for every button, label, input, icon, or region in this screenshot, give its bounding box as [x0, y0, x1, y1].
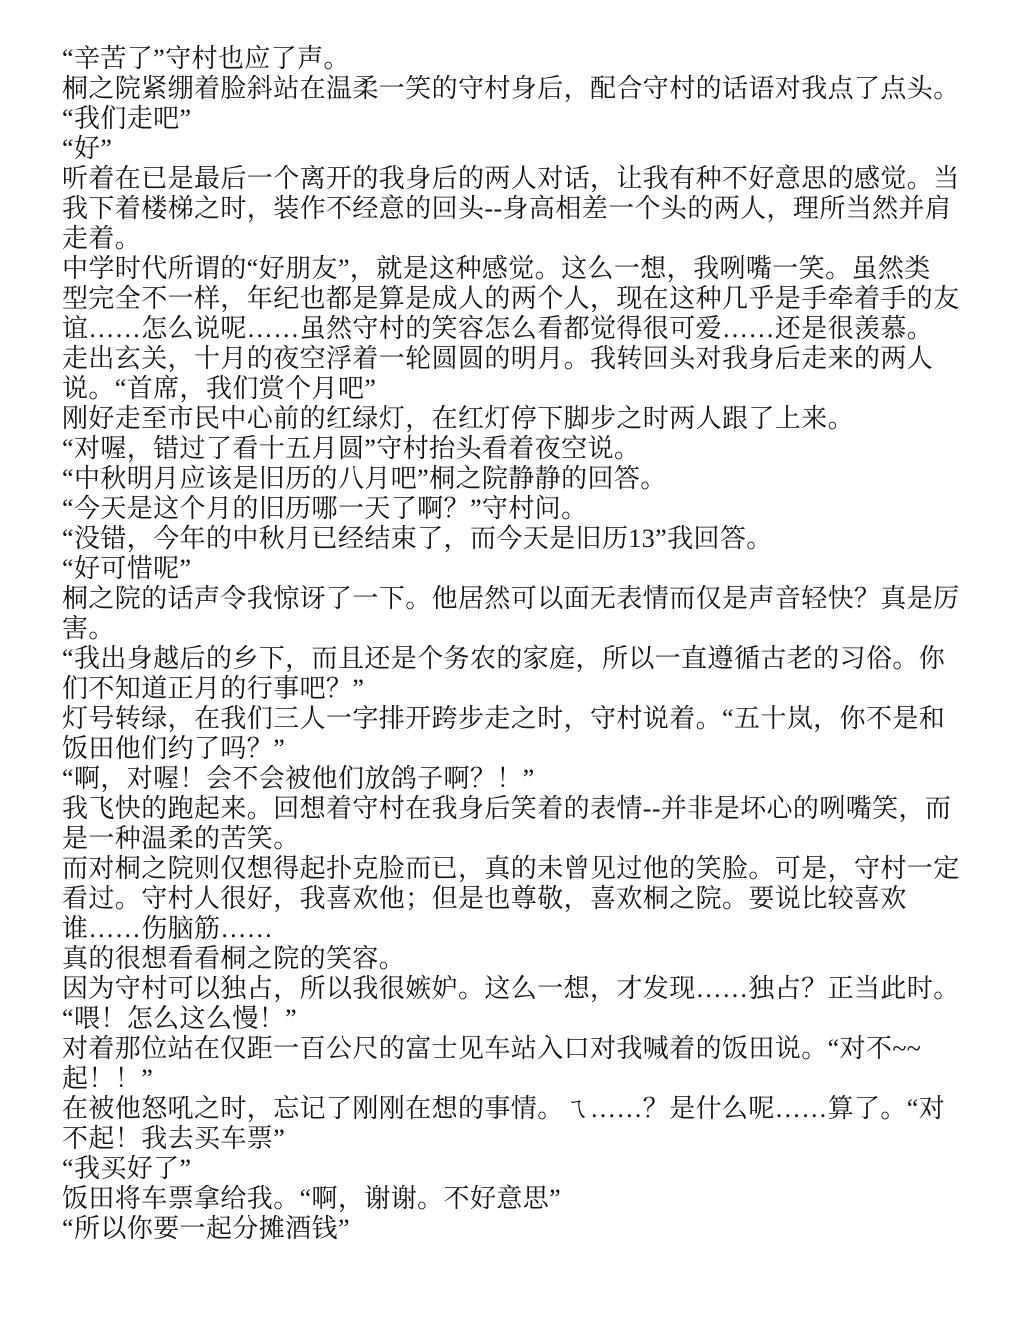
text-line: 刚好走至市民中心前的红绿灯，在红灯停下脚步之时两人跟了上来。	[62, 404, 1011, 434]
text-line: 谁……伤脑筋……	[62, 914, 1011, 944]
text-line: “好可惜呢”	[62, 554, 1011, 584]
text-line: 灯号转绿，在我们三人一字排开跨步走之时，守村说着。“五十岚，你不是和	[62, 704, 1011, 734]
text-line: 说。“首席，我们赏个月吧”	[62, 374, 1011, 404]
text-line: 桐之院紧绷着脸斜站在温柔一笑的守村身后，配合守村的话语对我点了点头。	[62, 74, 1011, 104]
text-line: 我飞快的跑起来。回想着守村在我身后笑着的表情--并非是坏心的咧嘴笑，而	[62, 794, 1011, 824]
text-line: “我们走吧”	[62, 104, 1011, 134]
text-line: 谊……怎么说呢……虽然守村的笑容怎么看都觉得很可爱……还是很羡慕。	[62, 314, 1011, 344]
text-line: 走出玄关，十月的夜空浮着一轮圆圆的明月。我转回头对我身后走来的两人	[62, 344, 1011, 374]
text-line: 桐之院的话声令我惊讶了一下。他居然可以面无表情而仅是声音轻快？真是厉	[62, 584, 1011, 614]
text-line: 我下着楼梯之时，装作不经意的回头--身高相差一个头的两人，理所当然并肩	[62, 194, 1011, 224]
text-line: “中秋明月应该是旧历的八月吧”桐之院静静的回答。	[62, 464, 1011, 494]
text-line: 对着那位站在仅距一百公尺的富士见车站入口对我喊着的饭田说。“对不~~	[62, 1034, 1011, 1064]
text-line: 听着在已是最后一个离开的我身后的两人对话，让我有种不好意思的感觉。当	[62, 164, 1011, 194]
text-line: 饭田将车票拿给我。“啊，谢谢。不好意思”	[62, 1184, 1011, 1214]
text-line: 在被他怒吼之时，忘记了刚刚在想的事情。ㄟ……？是什么呢……算了。“对	[62, 1094, 1011, 1124]
text-line: “没错，今年的中秋月已经结束了，而今天是旧历13”我回答。	[62, 524, 1011, 554]
text-line: 不起！我去买车票”	[62, 1124, 1011, 1154]
text-line: “辛苦了”守村也应了声。	[62, 44, 1011, 74]
text-line: “我出身越后的乡下，而且还是个务农的家庭，所以一直遵循古老的习俗。你	[62, 644, 1011, 674]
text-line: 起！！”	[62, 1064, 1011, 1094]
text-line: “啊，对喔！会不会被他们放鸽子啊？！”	[62, 764, 1011, 794]
text-line: 因为守村可以独占，所以我很嫉妒。这么一想，才发现……独占？正当此时。	[62, 974, 1011, 1004]
text-line: 们不知道正月的行事吧？”	[62, 674, 1011, 704]
text-line: 饭田他们约了吗？”	[62, 734, 1011, 764]
text-line: 走着。	[62, 224, 1011, 254]
text-line: “喂！怎么这么慢！”	[62, 1004, 1011, 1034]
novel-text-block: “辛苦了”守村也应了声。桐之院紧绷着脸斜站在温柔一笑的守村身后，配合守村的话语对…	[62, 44, 1011, 1244]
text-line: “所以你要一起分摊酒钱”	[62, 1214, 1011, 1244]
text-line: “我买好了”	[62, 1154, 1011, 1184]
text-line: 型完全不一样，年纪也都是算是成人的两个人，现在这种几乎是手牵着手的友	[62, 284, 1011, 314]
text-line: “今天是这个月的旧历哪一天了啊？”守村问。	[62, 494, 1011, 524]
text-line: 而对桐之院则仅想得起扑克脸而已，真的未曾见过他的笑脸。可是，守村一定	[62, 854, 1011, 884]
text-line: 是一种温柔的苦笑。	[62, 824, 1011, 854]
text-line: 中学时代所谓的“好朋友”，就是这种感觉。这么一想，我咧嘴一笑。虽然类	[62, 254, 1011, 284]
text-line: “好”	[62, 134, 1011, 164]
document-page: “辛苦了”守村也应了声。桐之院紧绷着脸斜站在温柔一笑的守村身后，配合守村的话语对…	[0, 0, 1021, 1321]
text-line: 看过。守村人很好，我喜欢他；但是也尊敬，喜欢桐之院。要说比较喜欢	[62, 884, 1011, 914]
text-line: “对喔，错过了看十五月圆”守村抬头看着夜空说。	[62, 434, 1011, 464]
text-line: 害。	[62, 614, 1011, 644]
text-line: 真的很想看看桐之院的笑容。	[62, 944, 1011, 974]
